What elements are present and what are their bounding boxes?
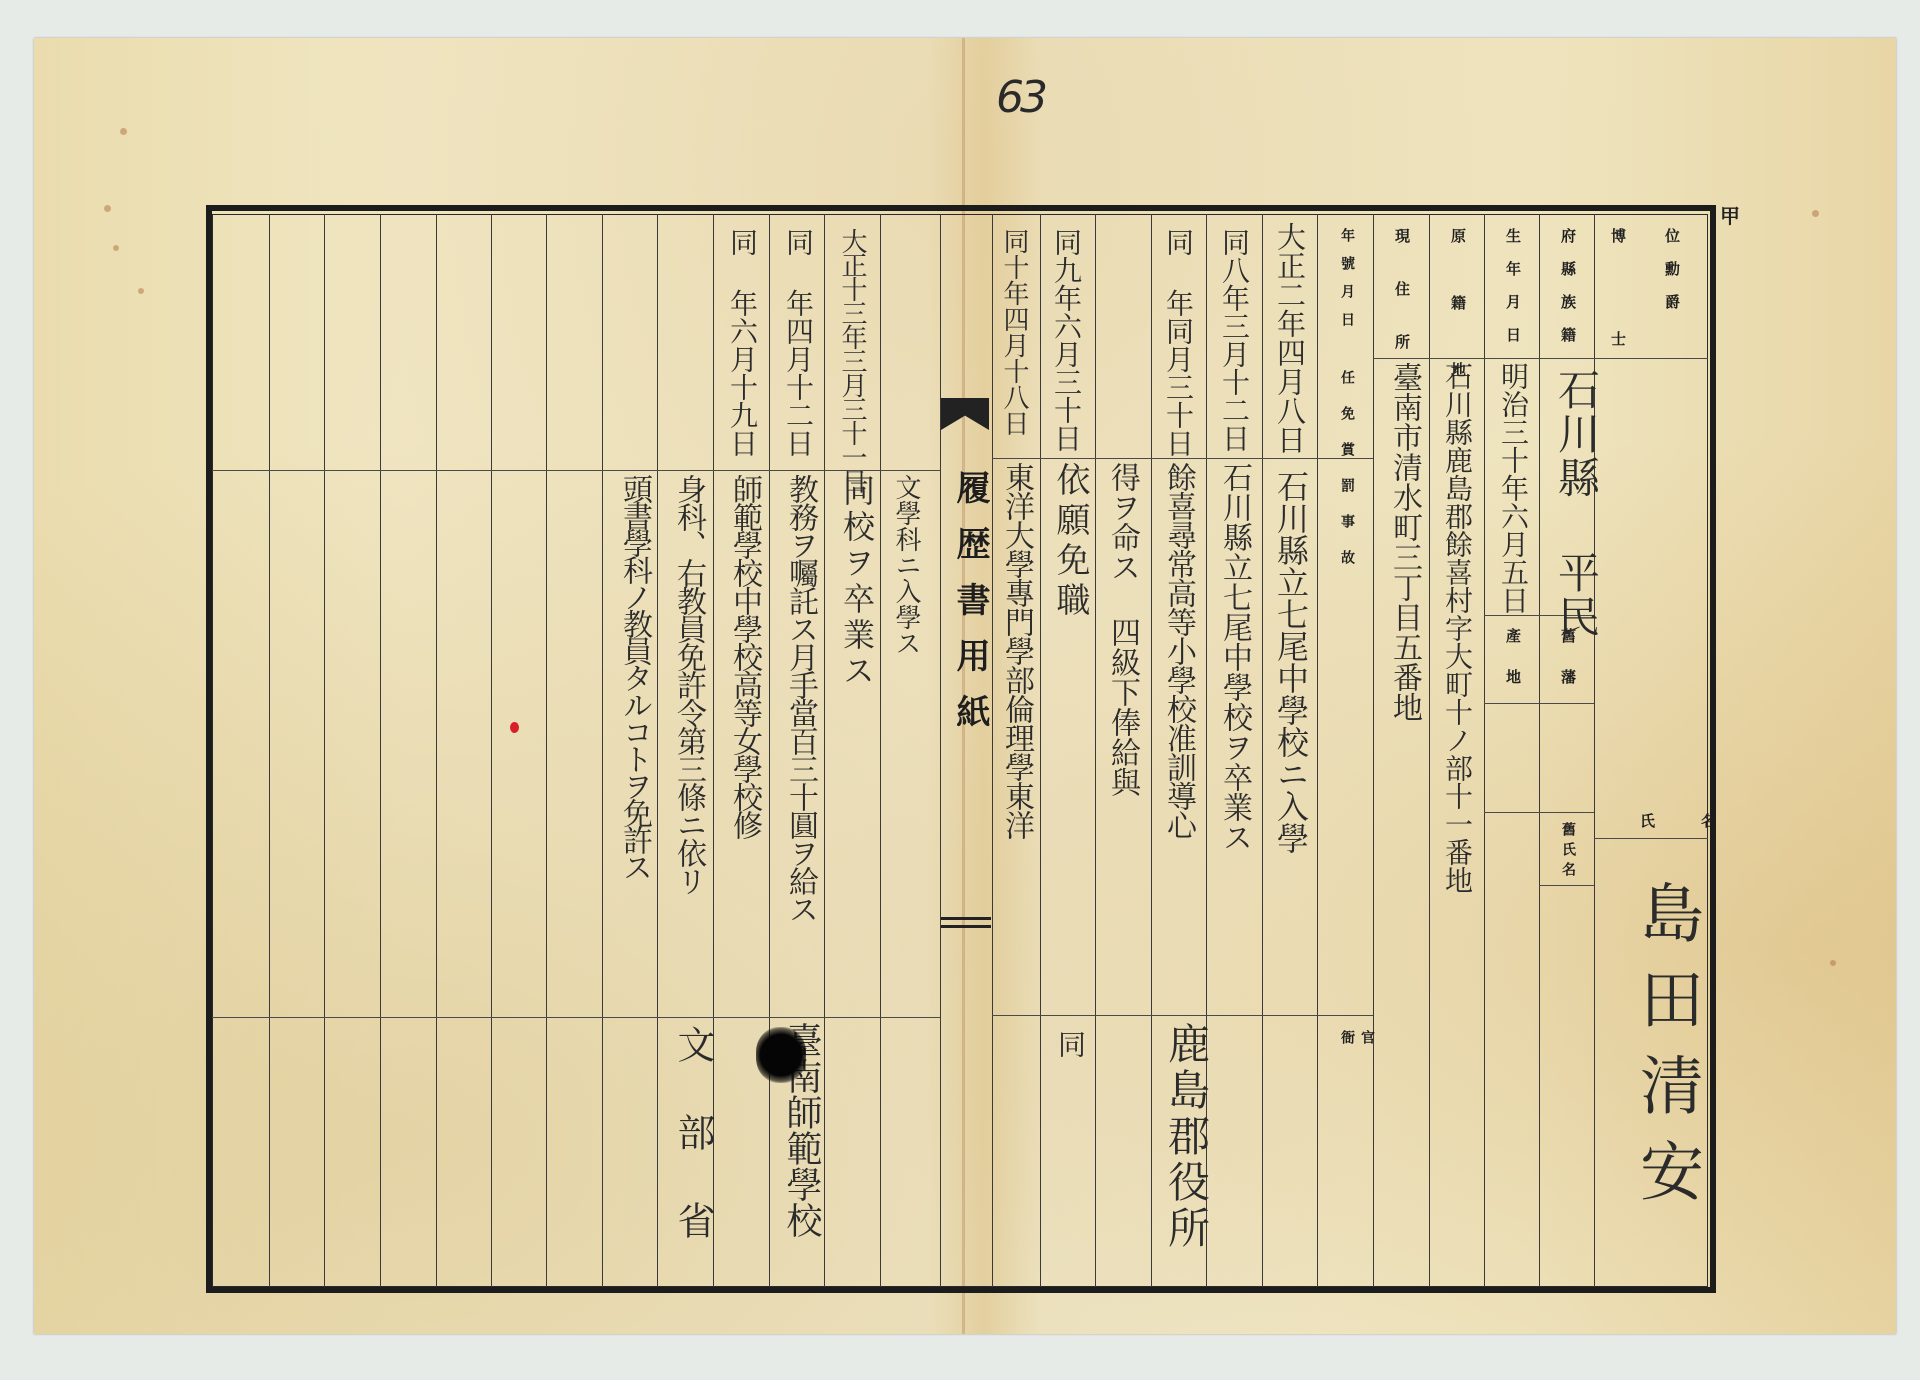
doctorate-label: 博士 (1608, 228, 1629, 434)
column-rule (1484, 214, 1485, 1287)
column-rule (1262, 214, 1263, 1287)
birth-date-value: 明治三十年六月五日 (1493, 362, 1533, 614)
record-date: 同八年三月十二日 (1214, 228, 1254, 452)
office-column-label: 官衙 (1337, 1030, 1377, 1380)
event-row-divider (992, 1015, 1373, 1016)
foxing-spot (113, 245, 119, 251)
former-domain-label: 舊藩 (1558, 628, 1579, 710)
page-number: 63 (996, 72, 1044, 123)
name-label: 氏名 (1640, 810, 1762, 831)
record-event: 得ヲ命ス 四級下俸給與 (1100, 462, 1144, 797)
ink-blot (756, 1027, 806, 1083)
record-date: 同九年六月三十日 (1046, 228, 1086, 452)
record-event: 石川縣立七尾中學校ヲ卒業ス (1212, 462, 1256, 852)
record-date: 同 年六月十九日 (722, 228, 762, 457)
record-office: 文部省 (666, 1025, 721, 1289)
column-rule (1151, 214, 1152, 1287)
header-label-divider (1539, 885, 1594, 886)
column-rule (880, 214, 881, 1287)
record-event: 教務ヲ囑託ス月手當百三十圓ヲ給ス (778, 474, 822, 922)
column-rule (602, 214, 603, 1287)
record-date: 同 年同月三十日 (1158, 228, 1198, 457)
domicile-class-value: 石川縣 平民 (1546, 368, 1606, 639)
column-rule (1095, 214, 1096, 1287)
record-date: 同十年四月十八日 (996, 228, 1033, 436)
header-label-divider (1594, 838, 1708, 839)
foxing-spot (1830, 960, 1836, 966)
birthplace-label: 產地 (1503, 628, 1524, 710)
red-ink-dot (510, 722, 519, 733)
foxing-spot (104, 205, 111, 212)
form-title: 履歴書用紙 (946, 470, 995, 750)
column-rule (269, 214, 270, 1287)
record-event: 餘喜尋常高等小學校准訓導心 (1156, 462, 1200, 839)
double-bar-mark (941, 917, 991, 920)
record-office: 鹿島郡役所 (1156, 1022, 1216, 1252)
record-date: 同 年四月十二日 (778, 228, 818, 457)
column-rule (324, 214, 325, 1287)
record-date: 大正十三年三月三十一日 (834, 228, 871, 492)
column-rule (436, 214, 437, 1287)
record-event: 頭書學科ノ教員タルコトヲ免許ス (612, 474, 656, 879)
record-date: 大正二年四月八日 (1270, 222, 1311, 454)
date-column-label: 年號月日 (1337, 228, 1357, 340)
date-row-divider (992, 458, 1373, 459)
date-row-divider (212, 470, 940, 471)
column-rule (380, 214, 381, 1287)
name-value: 島田清安 (1620, 880, 1712, 1224)
column-rule (657, 214, 658, 1287)
registered-domicile-value: 石川縣鹿島郡餘喜村字大町十ノ部十一番地 (1437, 362, 1477, 894)
column-rule (1040, 214, 1041, 1287)
birth-date-label: 生年月日 (1503, 228, 1524, 360)
column-rule (1317, 214, 1318, 1287)
record-event: 石川縣立七尾中學校ニ入學 (1268, 470, 1314, 854)
foxing-spot (138, 288, 144, 294)
record-event: 同校ヲ卒業ス (834, 474, 880, 690)
column-rule (491, 214, 492, 1287)
foxing-spot (120, 128, 127, 135)
column-rule (546, 214, 547, 1287)
record-office: 同 (1050, 1030, 1090, 1060)
event-column-label: 任免賞罰事故 (1337, 370, 1357, 586)
current-address-value: 臺南市清水町三丁目五番地 (1382, 362, 1426, 722)
former-name-label: 舊氏名 (1558, 822, 1578, 882)
foxing-spot (1812, 210, 1819, 217)
domicile-class-label: 府縣族籍 (1558, 228, 1579, 360)
header-label-divider (1539, 812, 1594, 813)
header-label-divider (1484, 812, 1539, 813)
corner-mark: 甲 (1720, 200, 1740, 229)
title-column-left-rule (940, 214, 941, 1287)
record-event: 依願免職 (1046, 462, 1095, 622)
record-event: 文學科ニ入學ス (888, 474, 925, 656)
column-rule (769, 214, 770, 1287)
event-row-divider (212, 1017, 940, 1018)
rank-label: 位勳爵 (1662, 228, 1683, 327)
record-event: 東洋大學專門學部倫理學東洋 (994, 462, 1038, 839)
double-bar-mark (941, 925, 991, 928)
record-event: 身科、右教員免許令第三條ニ依リ (666, 474, 710, 894)
record-event: 師範學校中學校高等女學校修 (722, 474, 766, 838)
column-rule (1429, 214, 1430, 1287)
column-rule (1539, 214, 1540, 1287)
